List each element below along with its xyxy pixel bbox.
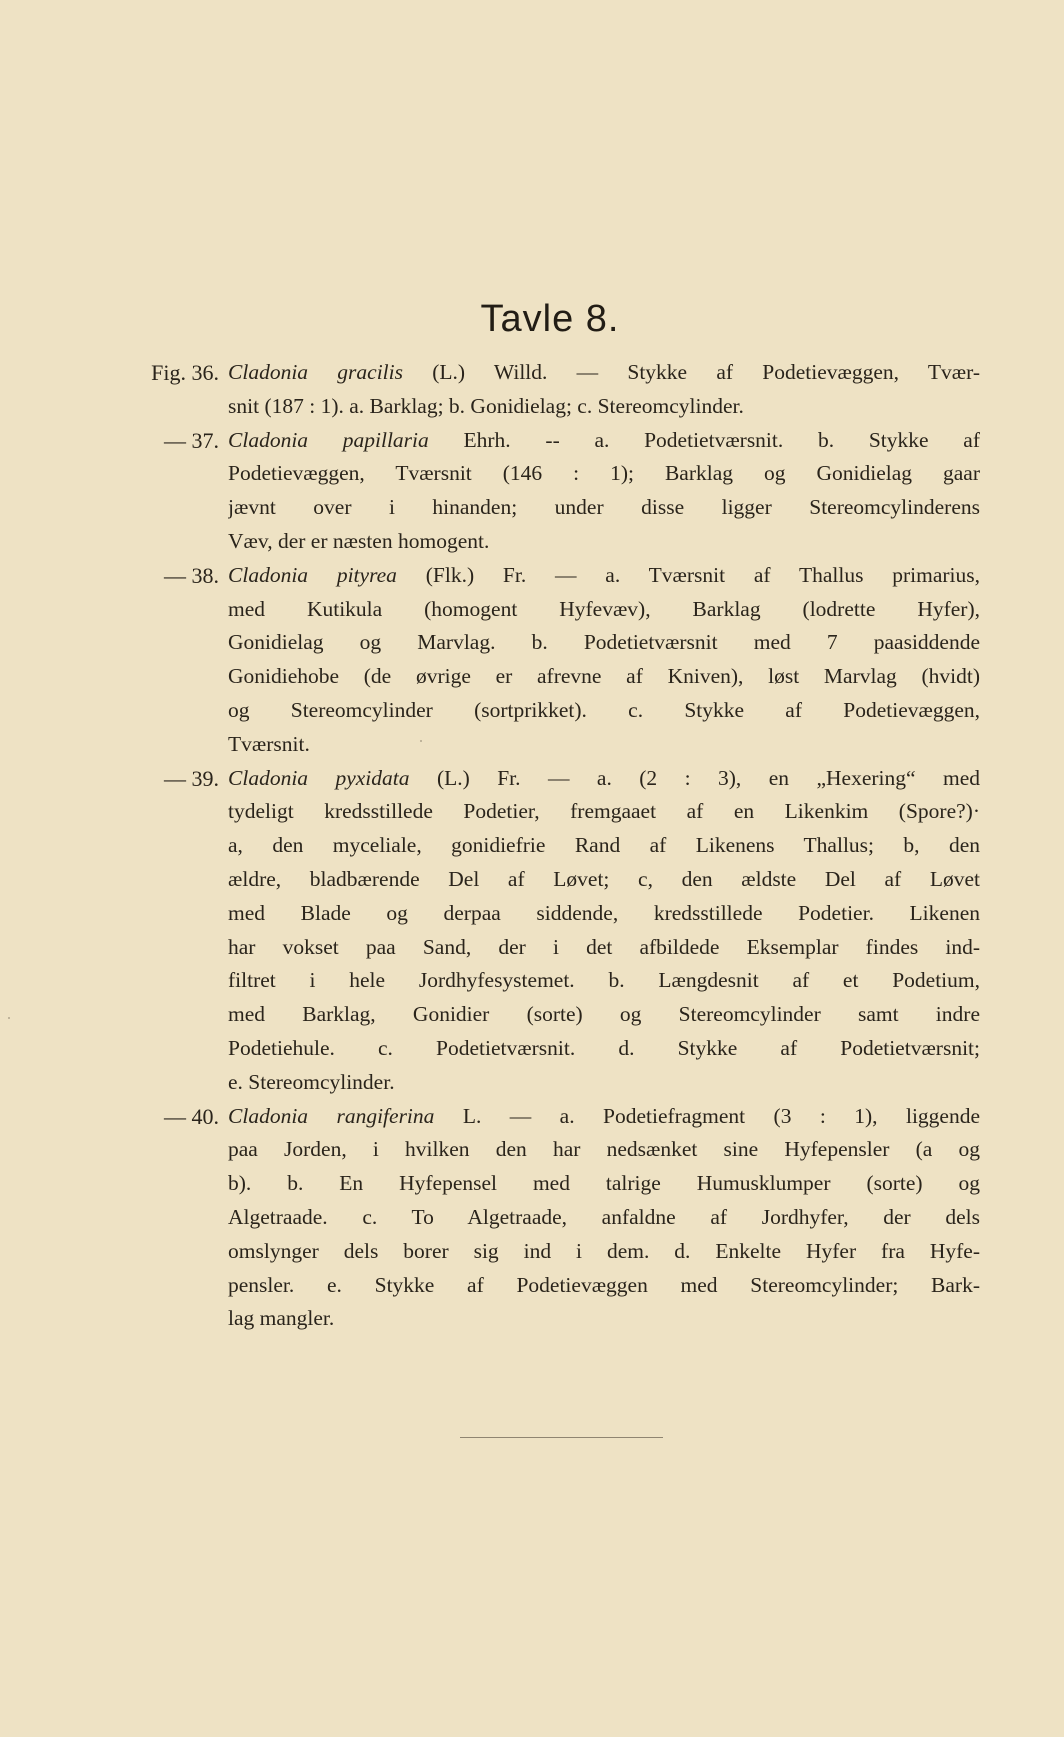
caption-line: Algetraade. c. To Algetraade, anfaldne a… <box>228 1201 980 1235</box>
caption-body: Cladonia rangiferina L. — a. Podetiefrag… <box>228 1100 980 1337</box>
caption-line: Cladonia pyxidata (L.) Fr. — a. (2 : 3),… <box>228 762 980 796</box>
caption-text: (Flk.) Fr. — a. Tværsnit af Thallus prim… <box>397 563 980 587</box>
caption-line: Cladonia gracilis (L.) Willd. — Stykke a… <box>228 356 980 390</box>
caption-line: Gonidiehobe (de øvrige er afrevne af Kni… <box>228 660 980 694</box>
caption-line: Podetiehule. c. Podetietværsnit. d. Styk… <box>228 1032 980 1066</box>
caption-fig-36: Fig. 36. Cladonia gracilis (L.) Willd. —… <box>120 356 980 424</box>
caption-line: e. Stereomcylinder. <box>228 1066 980 1100</box>
caption-line: med Blade og derpaa siddende, kredsstill… <box>228 897 980 931</box>
caption-line: med Barklag, Gonidier (sorte) og Stereom… <box>228 998 980 1032</box>
caption-line: filtret i hele Jordhyfesystemet. b. Læng… <box>228 964 980 998</box>
caption-line: Cladonia rangiferina L. — a. Podetiefrag… <box>228 1100 980 1134</box>
caption-line: snit (187 : 1). a. Barklag; b. Gonidiela… <box>228 390 980 424</box>
caption-line: Tværsnit. <box>228 728 980 762</box>
species-name: Cladonia gracilis <box>228 360 403 384</box>
caption-line: b). b. En Hyfepensel med talrige Humuskl… <box>228 1167 980 1201</box>
figure-number: Fig. 36. <box>120 356 228 424</box>
caption-body: Cladonia papillaria Ehrh. -- a. Podetiet… <box>228 424 980 559</box>
caption-line: med Kutikula (homogent Hyfevæv), Barklag… <box>228 593 980 627</box>
caption-line: ældre, bladbærende Del af Løvet; c, den … <box>228 863 980 897</box>
caption-line: Cladonia papillaria Ehrh. -- a. Podetiet… <box>228 424 980 458</box>
species-name: Cladonia pyxidata <box>228 766 410 790</box>
caption-line: Væv, der er næsten homogent. <box>228 525 980 559</box>
caption-line: jævnt over i hinanden; under disse ligge… <box>228 491 980 525</box>
caption-body: Cladonia pityrea (Flk.) Fr. — a. Tværsni… <box>228 559 980 762</box>
caption-text: (L.) Willd. — Stykke af Podetievæggen, T… <box>403 360 980 384</box>
caption-line: omslynger dels borer sig ind i dem. d. E… <box>228 1235 980 1269</box>
caption-fig-40: — 40. Cladonia rangiferina L. — a. Podet… <box>120 1100 980 1337</box>
paper-speck <box>420 740 422 742</box>
caption-line: og Stereomcylinder (sortprikket). c. Sty… <box>228 694 980 728</box>
caption-text: Ehrh. -- a. Podetietværsnit. b. Stykke a… <box>429 428 980 452</box>
caption-line: a, den myceliale, gonidiefrie Rand af Li… <box>228 829 980 863</box>
paper-speck <box>8 1017 10 1019</box>
species-name: Cladonia rangiferina <box>228 1104 434 1128</box>
caption-line: lag mangler. <box>228 1302 980 1336</box>
caption-fig-38: — 38. Cladonia pityrea (Flk.) Fr. — a. T… <box>120 559 980 762</box>
caption-line: Cladonia pityrea (Flk.) Fr. — a. Tværsni… <box>228 559 980 593</box>
caption-line: tydeligt kredsstillede Podetier, fremgaa… <box>228 795 980 829</box>
figure-number: — 38. <box>120 559 228 762</box>
caption-body: Cladonia pyxidata (L.) Fr. — a. (2 : 3),… <box>228 762 980 1100</box>
caption-text: (L.) Fr. — a. (2 : 3), en „Hexering“ med <box>410 766 980 790</box>
page-title: Tavle 8. <box>0 298 1064 341</box>
species-name: Cladonia pityrea <box>228 563 397 587</box>
caption-line: pensler. e. Stykke af Podetievæggen med … <box>228 1269 980 1303</box>
section-divider <box>460 1437 663 1438</box>
caption-fig-39: — 39. Cladonia pyxidata (L.) Fr. — a. (2… <box>120 762 980 1100</box>
figure-captions-list: Fig. 36. Cladonia gracilis (L.) Willd. —… <box>120 356 980 1336</box>
figure-number: — 37. <box>120 424 228 559</box>
caption-line: har vokset paa Sand, der i det afbildede… <box>228 931 980 965</box>
caption-line: paa Jorden, i hvilken den har nedsænket … <box>228 1133 980 1167</box>
caption-body: Cladonia gracilis (L.) Willd. — Stykke a… <box>228 356 980 424</box>
figure-number: — 39. <box>120 762 228 1100</box>
caption-line: Podetievæggen, Tværsnit (146 : 1); Barkl… <box>228 457 980 491</box>
species-name: Cladonia papillaria <box>228 428 429 452</box>
caption-line: Gonidielag og Marvlag. b. Podetietværsni… <box>228 626 980 660</box>
caption-fig-37: — 37. Cladonia papillaria Ehrh. -- a. Po… <box>120 424 980 559</box>
figure-number: — 40. <box>120 1100 228 1337</box>
caption-text: L. — a. Podetiefragment (3 : 1), liggend… <box>434 1104 980 1128</box>
